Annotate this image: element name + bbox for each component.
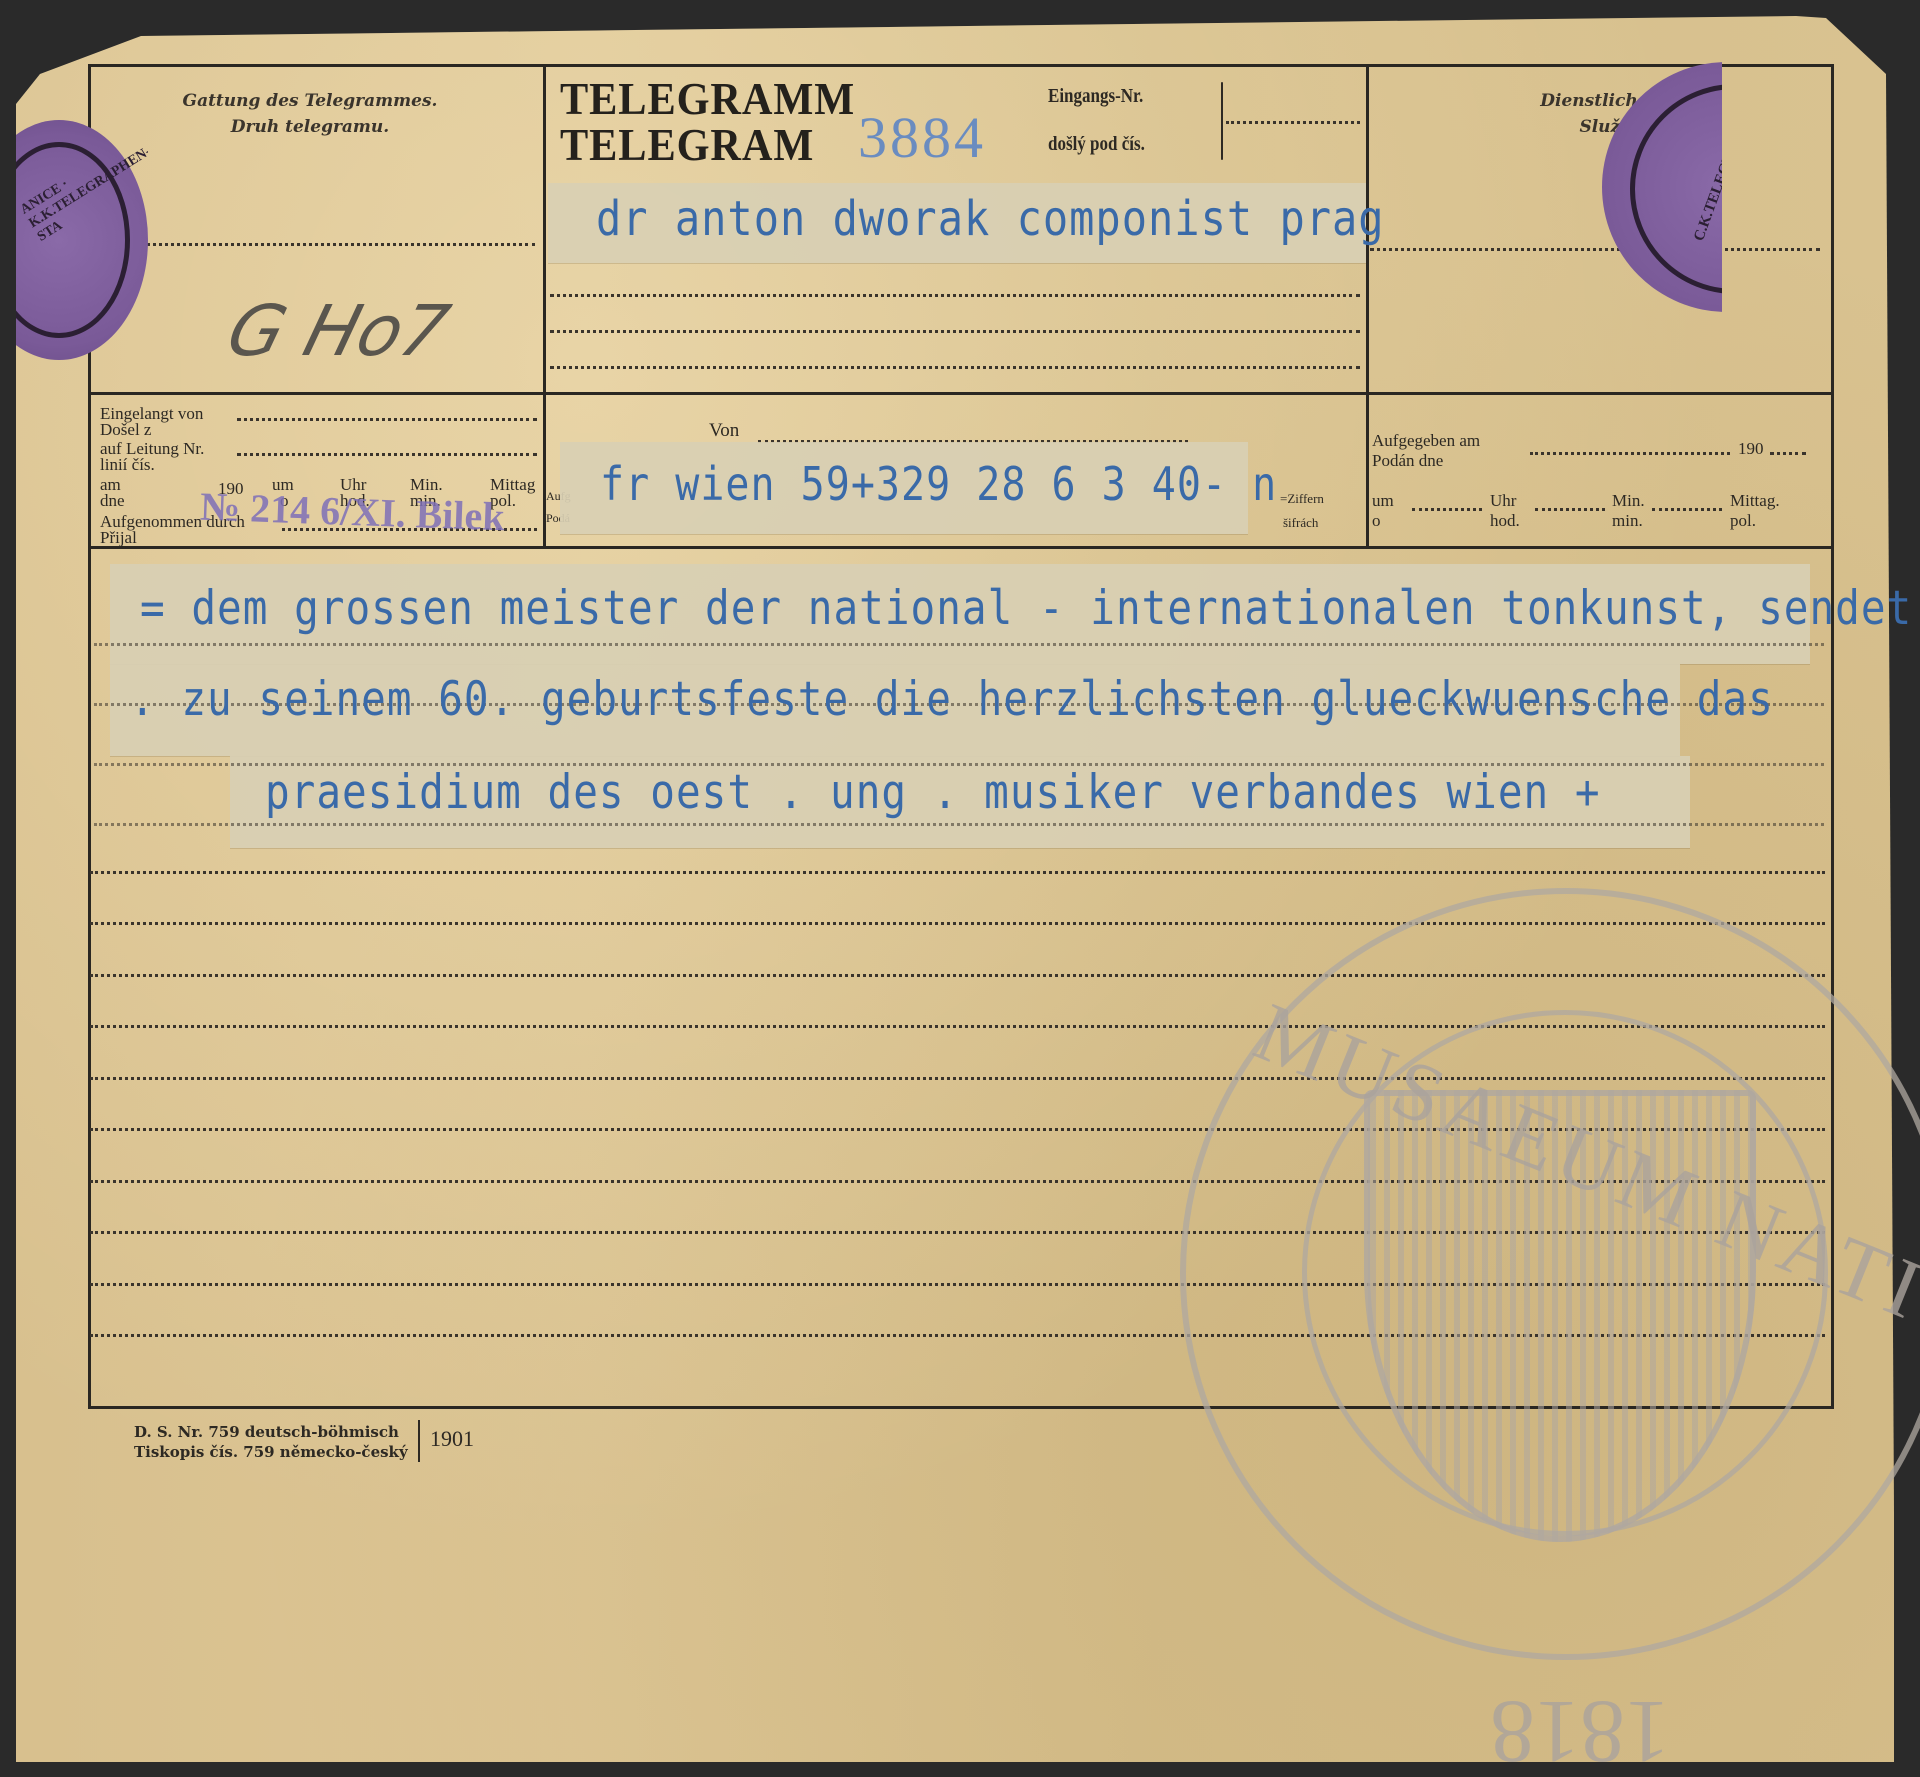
submitted-hour-label-cs: hod. bbox=[1490, 512, 1520, 529]
submitted-noon-label-de: Mittag. bbox=[1730, 492, 1780, 509]
from-label: Von bbox=[709, 422, 739, 439]
address-dotted-line-2 bbox=[550, 330, 1360, 333]
received-from-dotted-line bbox=[237, 418, 537, 421]
submitted-year-dotted-line bbox=[1770, 452, 1806, 455]
ziffern-label-cs: šifrách bbox=[1283, 514, 1318, 531]
form-year: 1901 bbox=[430, 1430, 474, 1447]
incoming-brace bbox=[1221, 82, 1223, 160]
footer-brace bbox=[418, 1420, 420, 1462]
incoming-number-label-cs: došlý pod čís. bbox=[1048, 136, 1145, 153]
message-dotted-line-1 bbox=[94, 643, 1824, 646]
type-heading-de: Gattung des Telegrammes. bbox=[140, 88, 480, 114]
museum-stamp-year: 1818 bbox=[1490, 1680, 1670, 1777]
stamped-number: 3884 bbox=[858, 104, 986, 171]
address-typed-text: dr anton dworak componist prag bbox=[596, 190, 1385, 246]
submitted-label-cs: Podán dne bbox=[1372, 452, 1443, 469]
pencil-note: G Ho7 bbox=[219, 290, 457, 372]
submitted-noon-label-cs: pol. bbox=[1730, 512, 1756, 529]
submitted-noon-dotted-line bbox=[1652, 508, 1722, 511]
submitted-hour-dotted-line bbox=[1412, 508, 1482, 511]
message-line-1: = dem grossen meister der national - int… bbox=[140, 580, 1912, 635]
submitted-min-dotted-line bbox=[1535, 508, 1605, 511]
ruled-line-5 bbox=[90, 871, 1825, 874]
incoming-number-label-de: Eingangs-Nr. bbox=[1048, 88, 1143, 105]
submitted-at-label-cs: o bbox=[1372, 512, 1381, 529]
telegram-title-cs: TELEGRAM bbox=[560, 122, 814, 168]
message-line-3: praesidium des oest . ung . musiker verb… bbox=[265, 764, 1601, 819]
taken-by-label-cs: Přijal bbox=[100, 529, 137, 546]
divider-left-header bbox=[543, 64, 546, 400]
submitted-dotted-line bbox=[1530, 452, 1730, 455]
received-from-label-cs: Došel z bbox=[100, 421, 151, 438]
submitted-at-label-de: um bbox=[1372, 492, 1394, 509]
type-dotted-line bbox=[140, 243, 535, 246]
official-dotted-line bbox=[1370, 248, 1820, 251]
origin-typed-text: fr wien 59+329 28 6 3 40- n bbox=[600, 459, 1277, 512]
form-number-cs: Tiskopis čís. 759 německo-český bbox=[134, 1444, 408, 1461]
type-heading-cs: Druh telegramu. bbox=[140, 114, 480, 140]
submitted-label-de: Aufgegeben am bbox=[1372, 432, 1480, 449]
received-on-label-cs: dne bbox=[100, 492, 125, 509]
incoming-number-dotted-line bbox=[1226, 121, 1360, 124]
line-number-label-cs: linií čís. bbox=[100, 456, 155, 473]
message-dotted-line-4 bbox=[94, 823, 1824, 826]
address-dotted-line-3 bbox=[550, 366, 1360, 369]
submitted-hour-label-de: Uhr bbox=[1490, 492, 1516, 509]
telegramm-title-de: TELEGRAMM bbox=[560, 76, 855, 122]
submitted-year-prefix: 190 bbox=[1738, 440, 1764, 457]
ziffern-label-de: =Ziffern bbox=[1280, 490, 1324, 507]
form-number-de: D. S. Nr. 759 deutsch-böhmisch bbox=[134, 1424, 399, 1441]
submitted-min-label-de: Min. bbox=[1612, 492, 1645, 509]
divider-header-bottom bbox=[88, 392, 1831, 395]
divider-mid-bottom bbox=[88, 546, 1831, 549]
message-line-2: . zu seinem 60. geburtsfeste die herzlic… bbox=[130, 671, 1774, 726]
divider-right-header bbox=[1366, 64, 1369, 548]
address-dotted-line-1 bbox=[550, 294, 1360, 297]
submitted-min-label-cs: min. bbox=[1612, 512, 1643, 529]
line-number-dotted-line bbox=[237, 453, 537, 456]
